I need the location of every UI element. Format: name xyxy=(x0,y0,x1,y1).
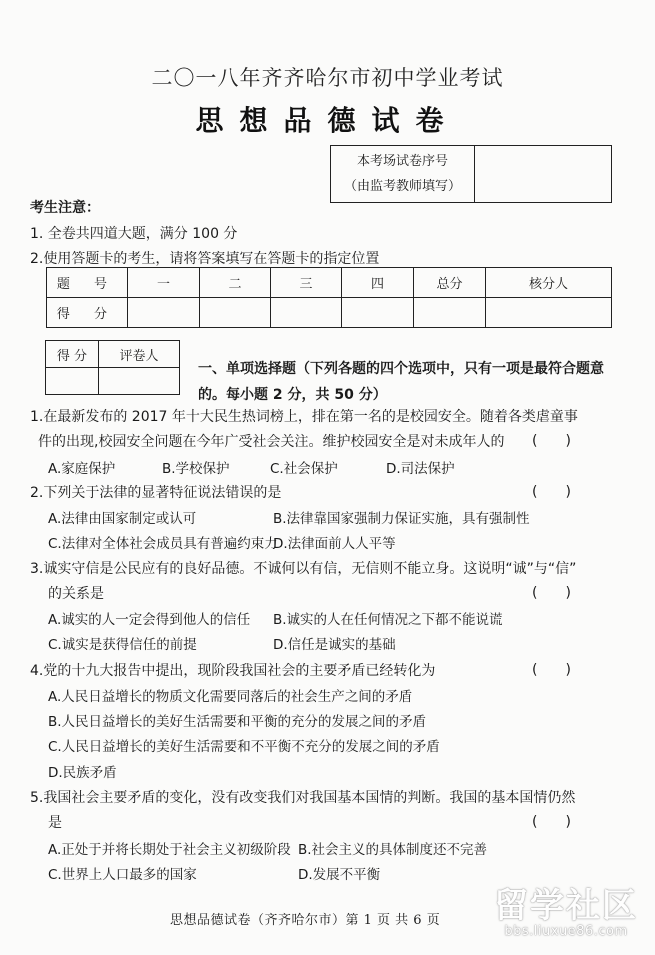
score-cell-total[interactable] xyxy=(414,298,486,328)
scorer-header-score: 得 分 xyxy=(46,341,99,368)
question-2-option-b: B.法律靠国家强制力保证实施，具有强制性 xyxy=(273,507,530,527)
score-cell-part-3[interactable] xyxy=(271,298,342,328)
col-header-question-no: 题 号 xyxy=(47,268,128,298)
question-3-option-a: A.诚实的人一定会得到他人的信任 xyxy=(48,608,250,628)
scorer-grader-field[interactable] xyxy=(99,368,180,395)
question-2-option-a: A.法律由国家制定或认可 xyxy=(48,507,196,527)
scorer-score-field[interactable] xyxy=(46,368,99,395)
serial-label-line1: 本考场试卷序号 xyxy=(357,149,448,174)
question-3-answer-blank[interactable]: ( ) xyxy=(532,582,571,602)
question-3-stem-line1: 3.诚实守信是公民应有的良好品德。不诚何以有信，无信则不能立身。这说明“诚”与“… xyxy=(30,557,620,582)
serial-number-label: 本考场试卷序号 （由监考教师填写） xyxy=(331,146,475,202)
question-1-option-a: A.家庭保护 xyxy=(48,457,115,477)
score-table-score-row: 得 分 xyxy=(47,298,612,328)
score-cell-part-2[interactable] xyxy=(200,298,271,328)
question-5-option-a: A.正处于并将长期处于社会主义初级阶段 xyxy=(48,838,291,858)
question-1-option-c: C.社会保护 xyxy=(270,457,338,477)
section-scorer-box: 得 分 评卷人 xyxy=(45,340,180,395)
watermark-logo: 留学社区 bbs.liuxue86.com xyxy=(487,888,645,946)
score-table: 题 号 一 二 三 四 总分 核分人 得 分 xyxy=(46,267,612,328)
question-2-answer-blank[interactable]: ( ) xyxy=(532,481,571,501)
question-5-answer-blank[interactable]: ( ) xyxy=(532,811,571,831)
col-header-checker: 核分人 xyxy=(486,268,612,298)
score-cell-part-4[interactable] xyxy=(342,298,414,328)
notice-title: 考生注意： xyxy=(30,197,100,217)
question-3-option-c: C.诚实是获得信任的前提 xyxy=(48,633,197,653)
question-4-option-a: A.人民日益增长的物质文化需要同落后的社会生产之间的矛盾 xyxy=(48,685,412,705)
watermark-brand: 留学社区 xyxy=(487,888,645,924)
question-5-option-d: D.发展不平衡 xyxy=(298,863,380,883)
section-heading-line1: 一、单项选择题（下列各题的四个选项中，只有一项是最符合题意 xyxy=(198,356,618,382)
question-5-option-c: C.世界上人口最多的国家 xyxy=(48,863,197,883)
watermark-url: bbs.liuxue86.com xyxy=(487,924,645,940)
question-4-answer-blank[interactable]: ( ) xyxy=(532,659,571,679)
notice-item-1: 1. 全卷共四道大题，满分 100 分 xyxy=(30,223,237,243)
exam-subject-title: 思想品德试卷 xyxy=(0,99,655,139)
serial-number-field[interactable] xyxy=(475,146,611,202)
col-header-part-3: 三 xyxy=(271,268,342,298)
col-header-total: 总分 xyxy=(414,268,486,298)
scorer-header-grader: 评卷人 xyxy=(99,341,180,368)
question-2-option-d: D.法律面前人人平等 xyxy=(273,532,396,552)
question-1-option-d: D.司法保护 xyxy=(386,457,455,477)
serial-number-box: 本考场试卷序号 （由监考教师填写） xyxy=(330,145,612,203)
question-4-option-d: D.民族矛盾 xyxy=(48,761,117,781)
score-cell-checker[interactable] xyxy=(486,298,612,328)
question-5-stem-line1: 5.我国社会主要矛盾的变化，没有改变我们对我国基本国情的判断。我国的基本国情仍然 xyxy=(30,786,620,811)
score-cell-part-1[interactable] xyxy=(128,298,200,328)
col-header-part-2: 二 xyxy=(200,268,271,298)
row-label-score: 得 分 xyxy=(47,298,128,328)
question-1-stem-line1: 1.在最新发布的 2017 年十大民生热词榜上，排在第一名的是校园安全。随着各类… xyxy=(30,405,620,430)
col-header-part-4: 四 xyxy=(342,268,414,298)
score-table-header-row: 题 号 一 二 三 四 总分 核分人 xyxy=(47,268,612,298)
question-3-option-d: D.信任是诚实的基础 xyxy=(273,633,396,653)
exam-title: 二〇一八年齐齐哈尔市初中学业考试 xyxy=(0,62,655,92)
serial-label-line2: （由监考教师填写） xyxy=(344,174,461,199)
question-3-option-b: B.诚实的人在任何情况之下都不能说谎 xyxy=(273,608,503,628)
question-2-option-c: C.法律对全体社会成员具有普遍约束力 xyxy=(48,532,278,552)
question-4-option-c: C.人民日益增长的美好生活需要和不平衡不充分的发展之间的矛盾 xyxy=(48,735,440,755)
question-5-option-b: B.社会主义的具体制度还不完善 xyxy=(298,838,487,858)
question-4-option-b: B.人民日益增长的美好生活需要和平衡的充分的发展之间的矛盾 xyxy=(48,710,426,730)
col-header-part-1: 一 xyxy=(128,268,200,298)
section-heading: 一、单项选择题（下列各题的四个选项中，只有一项是最符合题意 的。每小题 2 分，… xyxy=(198,356,618,408)
page-footer: 思想品德试卷（齐齐哈尔市）第 1 页 共 6 页 xyxy=(170,909,440,928)
question-1-answer-blank[interactable]: ( ) xyxy=(532,430,571,450)
question-1-option-b: B.学校保护 xyxy=(162,457,230,477)
notice-item-2: 2.使用答题卡的考生，请将答案填写在答题卡的指定位置 xyxy=(30,248,379,268)
